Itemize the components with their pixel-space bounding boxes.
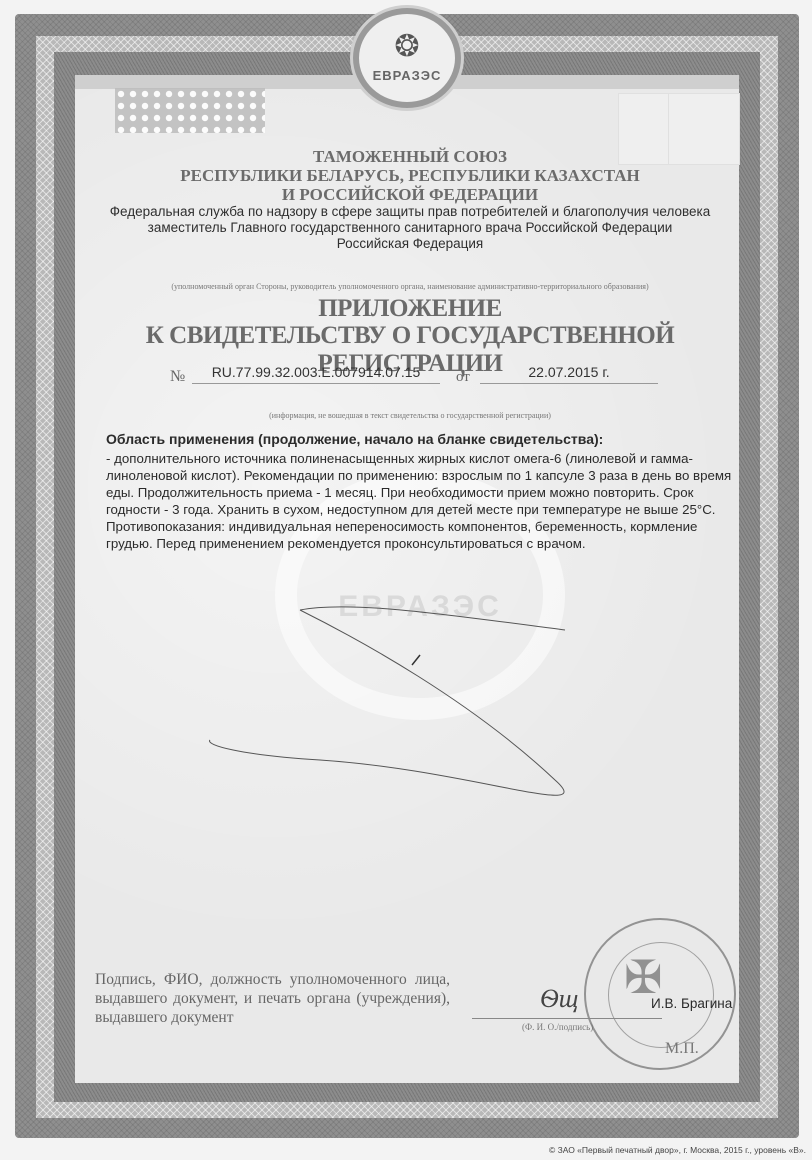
evrazes-logo-icon: ❂ [394, 32, 419, 62]
printer-copyright: © ЗАО «Первый печатный двор», г. Москва,… [549, 1145, 806, 1155]
evrazes-emblem: ❂ ЕВРАЗЭС [352, 10, 462, 105]
header-title-line-3: И РОССИЙСКОЙ ФЕДЕРАЦИИ [90, 185, 730, 204]
official-seal-icon: ✠ [584, 918, 736, 1070]
application-scope: Область применения (продолжение, начало … [106, 431, 736, 552]
eagle-emblem-icon: ✠ [624, 954, 663, 1000]
emblem-label: ЕВРАЗЭС [373, 68, 442, 83]
document-title-line-1: ПРИЛОЖЕНИЕ [80, 296, 740, 322]
signer-name: И.В. Брагина [651, 996, 732, 1011]
signature-line [472, 1018, 662, 1019]
authority-line-1: Федеральная служба по надзору в сфере за… [90, 204, 730, 220]
authority-line-3: Российская Федерация [90, 236, 730, 252]
number-label: № [170, 368, 185, 386]
date-label: от [456, 369, 470, 386]
registration-line: № RU.77.99.32.003.E.007914.07.15 от 22.0… [170, 364, 670, 386]
registration-date: 22.07.2015 г. [480, 364, 658, 384]
scope-text: - дополнительного источника полиненасыще… [106, 450, 736, 552]
watermark-label: ЕВРАЗЭС [305, 590, 535, 624]
info-caption: (информация, не вошедшая в текст свидете… [230, 411, 590, 420]
header-title-line-1: ТАМОЖЕННЫЙ СОЮЗ [90, 147, 730, 166]
document-header: ТАМОЖЕННЫЙ СОЮЗ РЕСПУБЛИКИ БЕЛАРУСЬ, РЕС… [90, 147, 730, 252]
registration-number: RU.77.99.32.003.E.007914.07.15 [192, 364, 440, 384]
seal-place-label: М.П. [665, 1040, 699, 1058]
signature-caption: Подпись, ФИО, должность уполномоченного … [95, 970, 450, 1027]
handwritten-signature: Ѳщ [540, 984, 578, 1014]
security-pattern-strip [115, 88, 265, 133]
scope-heading: Область применения (продолжение, начало … [106, 431, 736, 448]
authority-line-2: заместитель Главного государственного са… [90, 220, 730, 236]
authority-caption: (уполномоченный орган Стороны, руководит… [120, 282, 700, 291]
signature-line-caption: (Ф. И. О./подпись) [522, 1022, 593, 1032]
header-title-line-2: РЕСПУБЛИКИ БЕЛАРУСЬ, РЕСПУБЛИКИ КАЗАХСТА… [90, 166, 730, 185]
